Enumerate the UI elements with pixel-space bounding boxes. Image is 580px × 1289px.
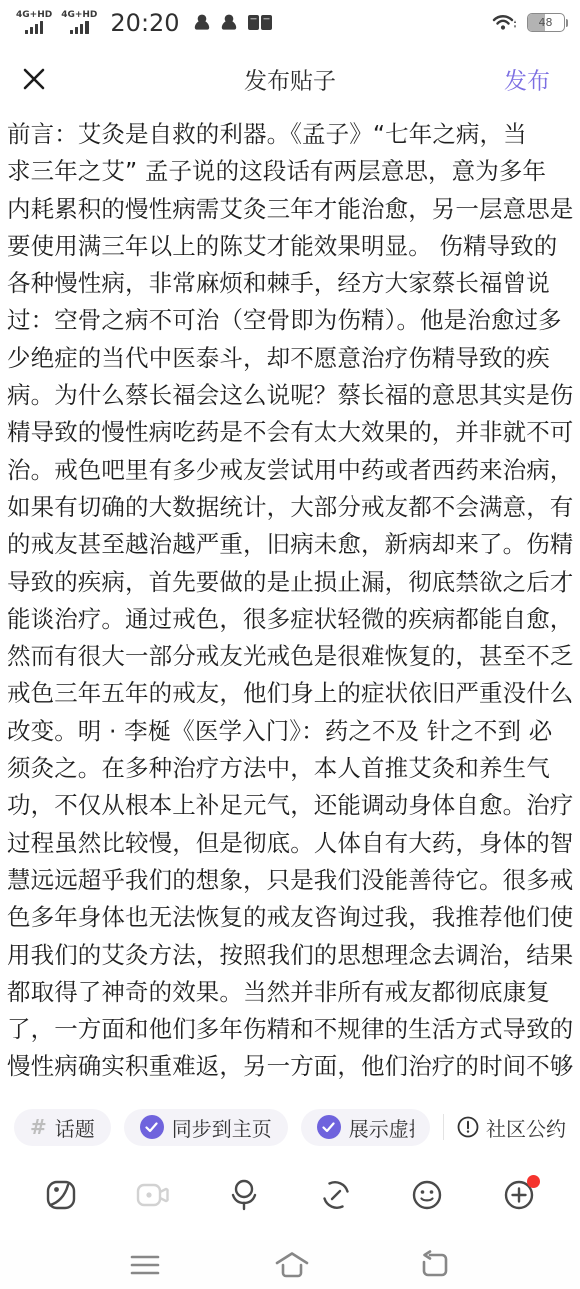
page-title: 发布贴子 — [244, 63, 336, 96]
menu-icon[interactable] — [128, 1250, 162, 1280]
editor-line: 能谈治疗。通过戒色，很多症状轻微的疾病都能自愈， — [7, 601, 575, 638]
signal-bars-icon — [25, 21, 44, 34]
signal-bars-icon — [70, 21, 89, 34]
editor-line: 了，一方面和他们多年伤精和不规律的生活方式导致的 — [7, 1011, 575, 1048]
show-avatar-chip[interactable]: 展示虚拟形象及装扮 — [301, 1109, 430, 1146]
editor-line: 色多年身体也无法恢复的戒友咨询过我，我推荐他们使 — [7, 899, 575, 936]
mic-icon[interactable] — [227, 1178, 261, 1212]
editor-line: 病。为什么蔡长福会这么说呢？蔡长福的意思其实是伤 — [7, 377, 575, 414]
community-rules-link[interactable]: 社区公约 — [457, 1113, 566, 1142]
sync-chip-label: 同步到主页 — [172, 1113, 272, 1142]
editor-line: 如果有切确的大数据统计，大部分戒友都不会满意，有 — [7, 489, 575, 526]
qq-notification-icon — [193, 14, 211, 31]
editor-line: 过程虽然比较慢，但是彻底。人体自有大药，身体的智 — [7, 825, 575, 862]
book-notification-icon — [247, 14, 273, 31]
emoji-icon[interactable] — [410, 1178, 444, 1212]
editor-line: 功，不仅从根本上补足元气，还能调动身体自愈。治疗 — [7, 787, 575, 824]
editor-line: 精导致的慢性病吃药是不会有太大效果的，并非就不可 — [7, 414, 575, 451]
editor-line: 的戒友甚至越治越严重，旧病未愈，新病却来了。伤精 — [7, 526, 575, 563]
divider — [443, 1114, 445, 1140]
info-exclamation-icon — [457, 1116, 479, 1138]
post-editor-header: 发布贴子 发布 — [0, 45, 580, 113]
editor-line: 然而有很大一部分戒友光戒色是很难恢复的，甚至不乏 — [7, 638, 575, 675]
editor-line: 慢性病确实积重难返，另一方面，他们治疗的时间不够 — [7, 1048, 575, 1085]
avatar-chip-label: 展示虚拟形象及装扮 — [349, 1113, 414, 1142]
editor-line: 少绝症的当代中医泰斗，却不愿意治疗伤精导致的疾 — [7, 340, 575, 377]
close-icon[interactable] — [20, 65, 48, 93]
sim1-signal: 4G+HD — [16, 11, 52, 34]
battery-icon: 48 — [527, 13, 569, 32]
qq-notification-icon — [220, 14, 238, 31]
hash-icon: # — [30, 1115, 47, 1139]
sim2-signal: 4G+HD — [61, 11, 97, 34]
add-icon[interactable] — [502, 1178, 536, 1212]
editor-line: 改变。明 · 李梴《医学入门》：药之不及 针之不到 必 — [7, 713, 575, 750]
topic-chip[interactable]: # 话题 — [14, 1109, 111, 1146]
image-icon[interactable] — [44, 1178, 78, 1212]
editor-line: 要使用满三年以上的陈艾才能效果明显。 伤精导致的 — [7, 228, 575, 265]
sim1-network-label: 4G+HD — [16, 11, 52, 20]
editor-options-bar: # 话题 同步到主页 展示虚拟形象及装扮 社区公约 — [0, 1103, 580, 1151]
sim2-network-label: 4G+HD — [61, 11, 97, 20]
clock: 20:20 — [110, 9, 179, 37]
editor-line: 用我们的艾灸方法，按照我们的思想理念去调治，结果 — [7, 937, 575, 974]
sync-to-profile-chip[interactable]: 同步到主页 — [124, 1109, 288, 1146]
status-bar: 4G+HD 4G+HD 20:20 — [0, 0, 580, 45]
system-navigation-bar — [0, 1240, 580, 1289]
editor-line: 慧远远超乎我们的想象，只是我们没能善待它。很多戒 — [7, 862, 575, 899]
editor-line: 各种慢性病，非常麻烦和棘手，经方大家蔡长福曾说 — [7, 265, 575, 302]
editor-line: 都取得了神奇的效果。当然并非所有戒友都彻底康复 — [7, 974, 575, 1011]
link-icon[interactable] — [319, 1178, 353, 1212]
editor-line: 须灸之。在多种治疗方法中，本人首推艾灸和养生气 — [7, 750, 575, 787]
topic-chip-label: 话题 — [55, 1113, 95, 1142]
editor-line: 前言：艾灸是自救的利器。《孟子》“七年之病，当 — [7, 116, 575, 153]
editor-line: 过：空骨之病不可治（空骨即为伤精）。他是治愈过多 — [7, 302, 575, 339]
check-icon — [140, 1115, 164, 1139]
editor-line: 戒色三年五年的戒友，他们身上的症状依旧严重没什么 — [7, 675, 575, 712]
check-icon — [317, 1115, 341, 1139]
battery-percent: 48 — [539, 16, 553, 29]
post-body-editor[interactable]: 前言：艾灸是自救的利器。《孟子》“七年之病，当求三年之艾” 孟子说的这段话有两层… — [7, 116, 575, 1086]
back-icon[interactable] — [418, 1250, 452, 1280]
wifi-icon — [491, 12, 519, 34]
editor-line: 治。戒色吧里有多少戒友尝试用中药或者西药来治病， — [7, 452, 575, 489]
publish-button[interactable]: 发布 — [504, 63, 550, 96]
notification-dot — [527, 1175, 540, 1188]
editor-line: 导致的疾病，首先要做的是止损止漏，彻底禁欲之后才 — [7, 564, 575, 601]
editor-line: 内耗累积的慢性病需艾灸三年才能治愈，另一层意思是 — [7, 191, 575, 228]
video-icon[interactable] — [136, 1178, 170, 1212]
home-icon[interactable] — [273, 1250, 307, 1280]
editor-line: 求三年之艾” 孟子说的这段话有两层意思，意为多年 — [7, 153, 575, 190]
community-rules-label: 社区公约 — [486, 1113, 566, 1142]
attachment-toolbar — [0, 1152, 580, 1238]
